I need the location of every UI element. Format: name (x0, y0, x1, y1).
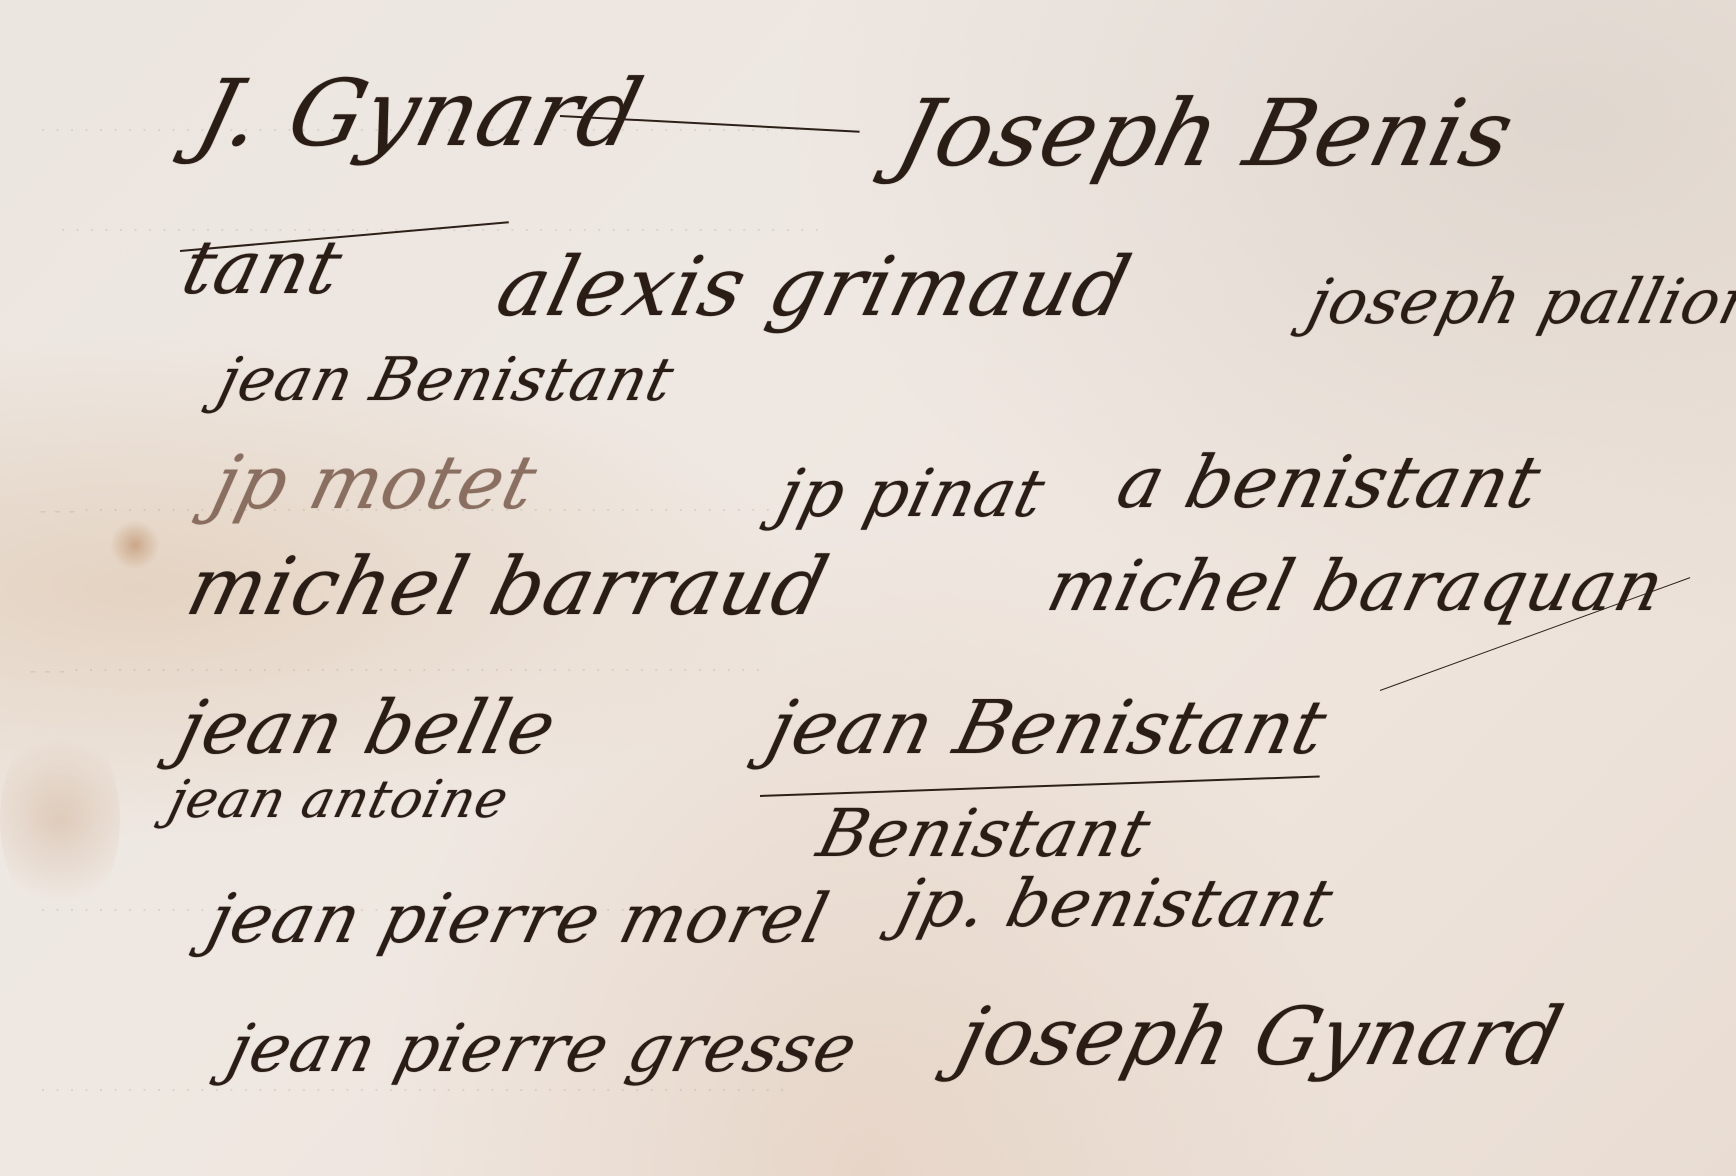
signature-a-benistant: a benistant (1110, 440, 1550, 524)
signature-michel-barraud: michel barraud (178, 540, 837, 633)
signature-benistant: Benistant (810, 795, 1158, 872)
signature-jp-motet: jp motet (204, 440, 545, 526)
signature-jp-benistant: jp. benistant (890, 865, 1341, 942)
bleed-through-text: - - - · · · · · · · · · · · · · · · · · … (30, 660, 763, 681)
signature-alexis-grimaud: alexis grimaud (488, 240, 1140, 335)
ink-stain (110, 520, 160, 570)
signature-joseph-benis: Joseph Benis (887, 80, 1525, 187)
signature-michel-baraquan: michel baraquan (1040, 545, 1673, 627)
signature-jean-benistant: jean Benistant (211, 345, 681, 415)
signature-j-gynard: J. Gynard (187, 60, 653, 167)
signature-jp-pinat: jp pinat (770, 455, 1053, 532)
signature-jean-belle: jean belle (169, 685, 565, 771)
signature-jean-benistant-2: jean Benistant (759, 685, 1335, 771)
signature-jean-pierre-gresse: jean pierre gresse (220, 1010, 865, 1087)
signature-jean-antoine: jean antoine (163, 770, 515, 830)
signature-joseph-pallion: joseph pallion (1301, 265, 1736, 338)
signature-jean-pierre-morel: jean pierre morel (200, 880, 836, 959)
bleed-through-text: · · · · · · · · · · · · · · · · · · · · … (60, 220, 822, 241)
signature-joseph-gynard: joseph Gynard (948, 990, 1572, 1083)
paper-stain (0, 720, 120, 920)
strike-line (760, 775, 1320, 797)
